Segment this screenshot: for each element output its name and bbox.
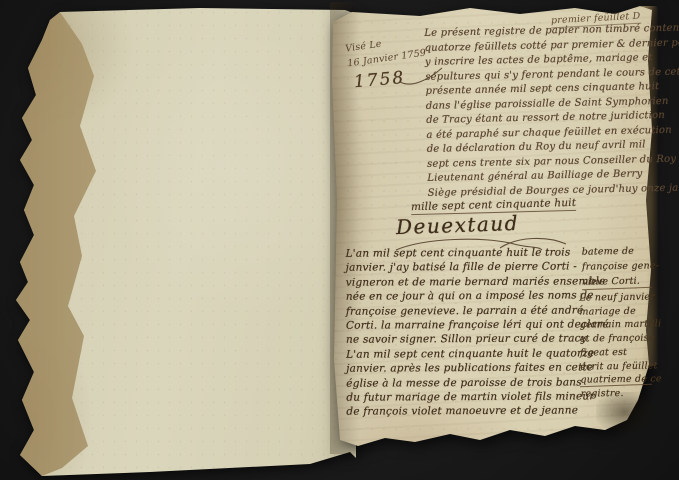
record-line: du futur mariage de martin violet fils m… [346, 389, 609, 405]
margin-note-line: figeat est [580, 345, 662, 360]
record-line: ne savoir signer. Sillon prieur curé de … [346, 332, 609, 348]
record-line: L'an mil sept cent cinquante huit le qua… [346, 346, 609, 362]
record-line: janvier. après les publications faites e… [346, 361, 609, 377]
record-line: vigneron et de marie bernard mariés ense… [346, 274, 609, 290]
record-line: née en ce jour à qui on a imposé les nom… [346, 289, 609, 305]
record-line: janvier. j'ay batisé la fille de pierre … [346, 260, 609, 276]
margin-note-line: écrit au feüillet [580, 359, 662, 374]
register-declaration: Le présent registre de papier non timbré… [424, 21, 679, 201]
scanned-register-photo: premier feüillet D Visé Le 16 Janvier 17… [0, 0, 679, 480]
margin-note-line: registre. [581, 386, 663, 401]
record-line: église à la messe de paroisse de trois b… [346, 375, 609, 391]
margin-note-line: Le neuf janvier [579, 290, 661, 305]
margin-note-baptism: bateme de françoise gene- vieve Corti. [582, 244, 660, 290]
margin-note-line: françoise gene- [582, 259, 659, 275]
record-line: françoise genevieve. le parrain a été an… [346, 303, 609, 319]
left-blank-page [10, 6, 356, 478]
baptism-marriage-record: L'an mil sept cent cinquante huit le tro… [346, 245, 610, 419]
margin-note-line: mariage de [579, 304, 661, 319]
record-line: Corti. la marraine françoise léri qui on… [346, 317, 609, 333]
record-line: L'an mil sept cent cinquante huit le tro… [346, 245, 609, 261]
margin-note-line: bateme de [582, 244, 659, 260]
margin-note-line: et de françoise [580, 332, 662, 347]
margin-note-line: germain martilli [580, 318, 662, 333]
record-line: de françois violet manoeuvre et de jeann… [346, 404, 609, 420]
